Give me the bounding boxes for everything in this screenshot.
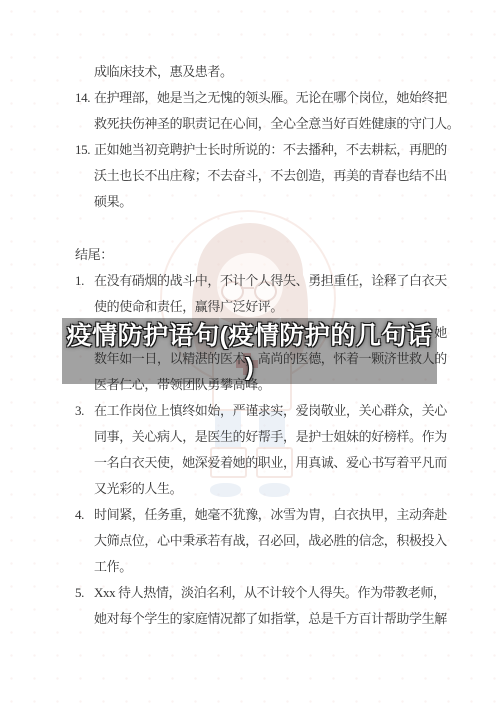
item-number: 3.	[75, 398, 94, 502]
list-item: 3. 在工作岗位上慎终如始，严谨求实，爱岗敬业，关心群众，关心同事，关心病人，是…	[75, 398, 438, 502]
text-line: 工作。	[94, 554, 447, 580]
numbered-list-top: 14. 在护理部，她是当之无愧的领头雁。无论在哪个岗位，她始终把救死扶伤神圣的职…	[75, 85, 438, 215]
text-line: 时间紧，任务重，她毫不犹豫，冰雪为胄，白衣执甲，主动奔赴	[94, 502, 447, 528]
item-lines: 时间紧，任务重，她毫不犹豫，冰雪为胄，白衣执甲，主动奔赴大筛点位，心中秉承若有战…	[94, 502, 447, 580]
item-lines: Xxx 待人热情，淡泊名利，从不计较个人得失。作为带教老师，她对每个学生的家庭情…	[94, 580, 447, 632]
text-line: 大筛点位，心中秉承若有战，召必回，战必胜的信念，积极投入	[94, 528, 447, 554]
item-number: 1.	[75, 268, 94, 320]
text-line: 在工作岗位上慎终如始，严谨求实，爱岗敬业，关心群众，关心	[94, 398, 447, 424]
text-line: 使的使命和责任，赢得广泛好评。	[94, 294, 447, 320]
text-line: 沃土也长不出庄稼；不去奋斗，不去创造，再美的青春也结不出	[94, 163, 447, 189]
title-line-2: )	[62, 352, 437, 382]
text-line: Xxx 待人热情，淡泊名利，从不计较个人得失。作为带教老师，	[94, 580, 447, 606]
list-item: 14. 在护理部，她是当之无愧的领头雁。无论在哪个岗位，她始终把救死扶伤神圣的职…	[75, 85, 438, 137]
article-page: 成临床技术，惠及患者。 14. 在护理部，她是当之无愧的领头雁。无论在哪个岗位，…	[0, 0, 500, 707]
item-number: 14.	[75, 85, 94, 137]
text-line: 一名白衣天使，她深爱着她的职业，用真诚、爱心书写着平凡而	[94, 450, 447, 476]
text-line: 同事，关心病人，是医生的好帮手，是护士姐妹的好榜样。作为	[94, 424, 447, 450]
item-lines: 正如她当初竞聘护士长时所说的：不去播种，不去耕耘，再肥的沃土也长不出庄稼；不去奋…	[94, 137, 447, 215]
text-line: 在没有硝烟的战斗中，不计个人得失、勇担重任，诠释了白衣天	[94, 268, 447, 294]
text-line: 又光彩的人生。	[94, 476, 447, 502]
text-line: 正如她当初竞聘护士长时所说的：不去播种，不去耕耘，再肥的	[94, 137, 447, 163]
item-number: 5.	[75, 580, 94, 632]
text-line: 在护理部，她是当之无愧的领头雁。无论在哪个岗位，她始终把	[94, 85, 459, 111]
text-line: 硕果。	[94, 189, 447, 215]
item-lines: 在护理部，她是当之无愧的领头雁。无论在哪个岗位，她始终把救死扶伤神圣的职责记在心…	[94, 85, 459, 137]
text-line: 救死扶伤神圣的职责记在心间，全心全意当好百姓健康的守门人。	[94, 111, 459, 137]
item-lines: 在没有硝烟的战斗中，不计个人得失、勇担重任，诠释了白衣天使的使命和责任，赢得广泛…	[94, 268, 447, 320]
list-item: 5. Xxx 待人热情，淡泊名利，从不计较个人得失。作为带教老师，她对每个学生的…	[75, 580, 438, 632]
item-number: 4.	[75, 502, 94, 580]
title-overlay-banner: 疫情防护语句(疫情防护的几句话 )	[62, 318, 437, 384]
text-line: 她对每个学生的家庭情况都了如指掌，总是千方百计帮助学生解	[94, 606, 447, 632]
list-item: 1. 在没有硝烟的战斗中，不计个人得失、勇担重任，诠释了白衣天使的使命和责任，赢…	[75, 268, 438, 320]
item-lines: 在工作岗位上慎终如始，严谨求实，爱岗敬业，关心群众，关心同事，关心病人，是医生的…	[94, 398, 447, 502]
list-item: 4. 时间紧，任务重，她毫不犹豫，冰雪为胄，白衣执甲，主动奔赴大筛点位，心中秉承…	[75, 502, 438, 580]
carryover-line: 成临床技术，惠及患者。	[75, 59, 438, 85]
title-line-1: 疫情防护语句(疫情防护的几句话	[62, 318, 437, 352]
ending-heading: 结尾：	[75, 242, 438, 268]
list-item: 15. 正如她当初竞聘护士长时所说的：不去播种，不去耕耘，再肥的沃土也长不出庄稼…	[75, 137, 438, 215]
item-number: 15.	[75, 137, 94, 215]
